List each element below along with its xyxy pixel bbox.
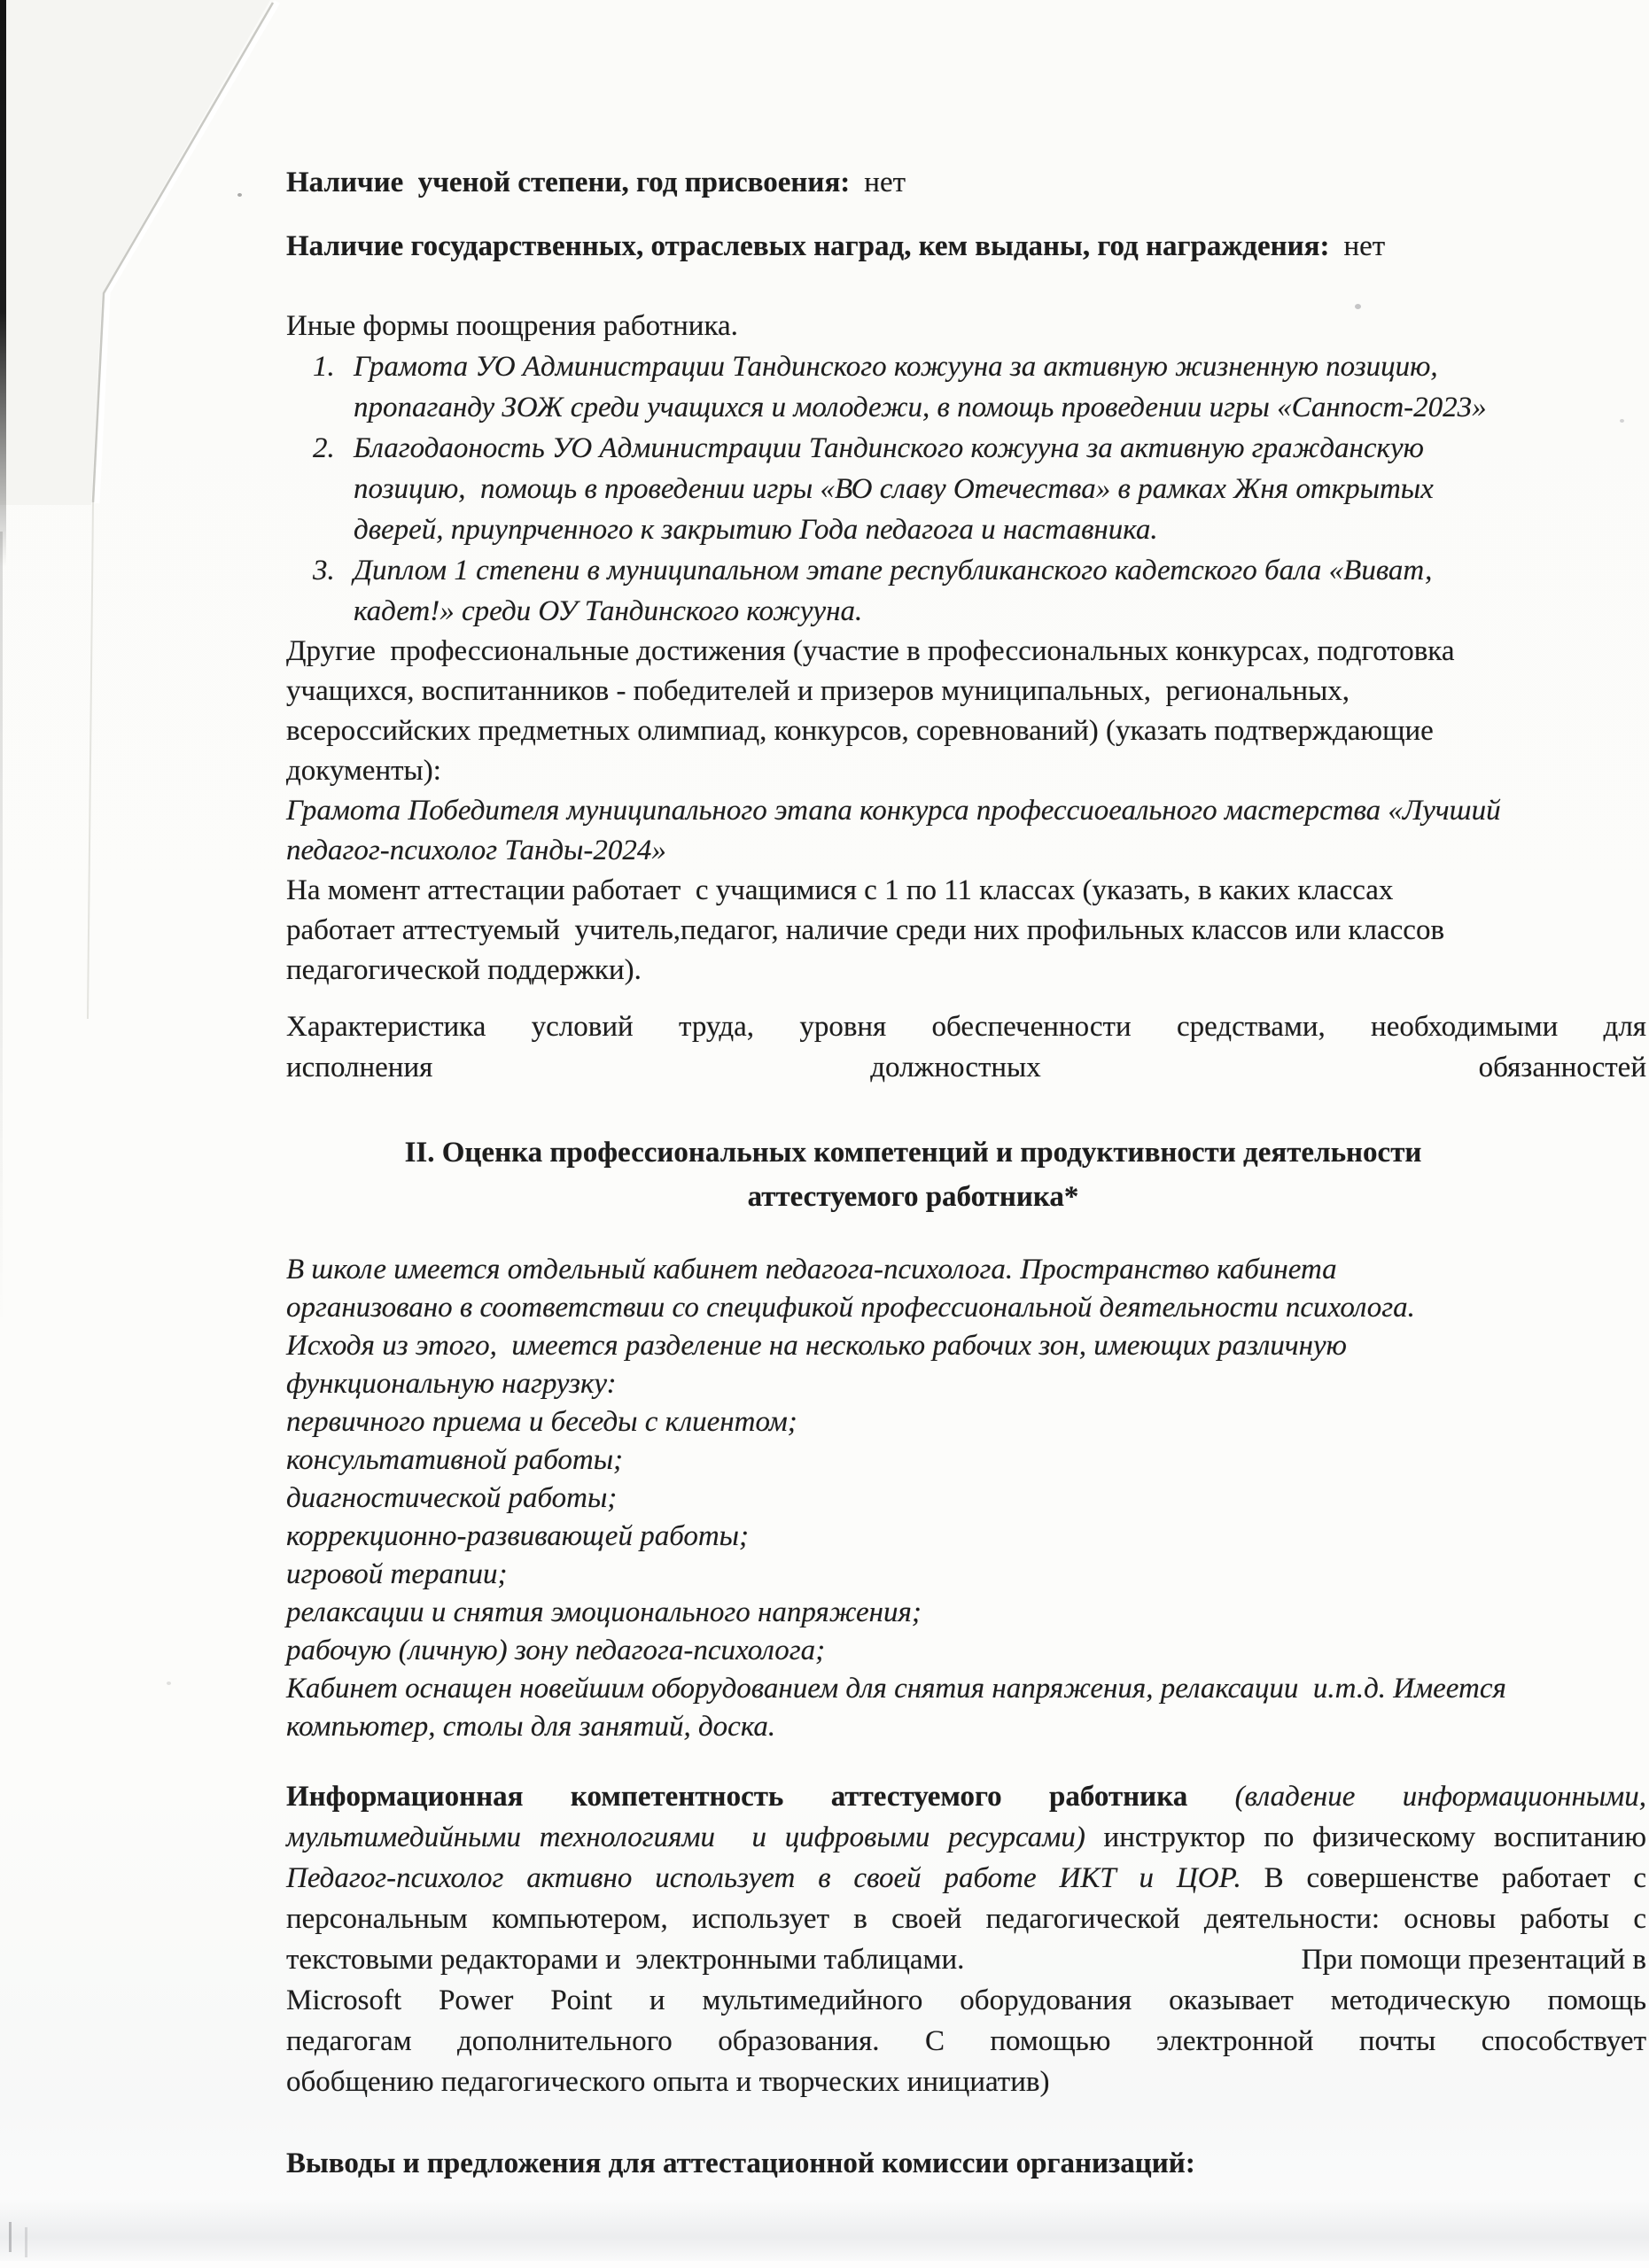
awards-line: Наличие государственных, отраслевых нагр…: [286, 226, 1646, 267]
reward-item-text: Грамота УО Администрации Тандинского кож…: [354, 346, 1646, 428]
cabinet-paragraph: В школе имеется отдельный кабинет педаго…: [286, 1251, 1646, 1746]
info-line-8: обобщению педагогического опыта и творче…: [286, 2062, 1646, 2102]
info-line-3: Педагог-психолог активно использует в св…: [286, 1858, 1646, 1899]
info-line-1: Информационная компетентность аттестуемо…: [286, 1776, 1646, 1817]
info-line-5-left: текстовыми редакторами и электронными та…: [286, 1939, 964, 1980]
info-line-4: персональным компьютером, использует в с…: [286, 1899, 1646, 1939]
degree-label: Наличие ученой степени, год присвоения:: [286, 167, 850, 198]
degree-value: нет: [864, 167, 906, 198]
info-line-7: педагогам дополнительного образования. С…: [286, 2021, 1646, 2062]
reward-item-number: 1.: [313, 346, 354, 428]
info-regular-2: инструктор по физическому воспитанию: [1104, 1821, 1646, 1853]
awards-value: нет: [1343, 230, 1385, 262]
awards-label: Наличие государственных, отраслевых нагр…: [286, 230, 1329, 262]
degree-line: Наличие ученой степени, год присвоения:н…: [286, 162, 1646, 203]
reward-item-text: Диплом 1 степени в муниципальном этапе р…: [354, 550, 1646, 632]
info-line-5-right: При помощи презентаций в: [1302, 1939, 1646, 1980]
info-regular-3: В совершенстве работает с: [1264, 1862, 1646, 1894]
scanned-document-page: Наличие ученой степени, год присвоения:н…: [0, 0, 1649, 2268]
info-competence-paragraph: Информационная компетентность аттестуемо…: [286, 1776, 1646, 2102]
gramota-paragraph: Грамота Победителя муниципального этапа …: [286, 791, 1646, 871]
info-line-6: Microsoft Power Point и мультимедийного …: [286, 1980, 1646, 2021]
info-italic-2: мультимедийными технологиями и цифровыми…: [286, 1821, 1085, 1853]
other-rewards-list: 1. Грамота УО Администрации Тандинского …: [286, 346, 1646, 632]
reward-item: 1. Грамота УО Администрации Тандинского …: [286, 346, 1646, 428]
attestation-classes-paragraph: На момент аттестации работает с учащимис…: [286, 871, 1646, 990]
info-line-5: текстовыми редакторами и электронными та…: [286, 1939, 1646, 1980]
reward-item: 2. Благодаоность УО Администрации Тандин…: [286, 428, 1646, 550]
info-italic-3: Педагог-психолог активно использует в св…: [286, 1862, 1241, 1894]
reward-item-text: Благодаоность УО Администрации Тандинско…: [354, 428, 1646, 550]
work-conditions-paragraph: Характеристика условий труда, уровня обе…: [286, 1006, 1646, 1088]
info-bold-lead: Информационная компетентность аттестуемо…: [286, 1781, 1187, 1813]
info-italic-1: (владение информационными,: [1235, 1781, 1646, 1813]
info-line-2: мультимедийными технологиями и цифровыми…: [286, 1817, 1646, 1858]
section2-heading: II. Оценка профессиональных компетенций …: [286, 1130, 1540, 1219]
reward-item-number: 3.: [313, 550, 354, 632]
conclusions-heading: Выводы и предложения для аттестационной …: [286, 2143, 1646, 2184]
reward-item: 3. Диплом 1 степени в муниципальном этап…: [286, 550, 1646, 632]
reward-item-number: 2.: [313, 428, 354, 550]
other-rewards-intro: Иные формы поощрения работника.: [286, 306, 1646, 346]
document-content: Наличие ученой степени, год присвоения:н…: [0, 0, 1649, 2268]
achievements-paragraph: Другие профессиональные достижения (учас…: [286, 632, 1646, 791]
